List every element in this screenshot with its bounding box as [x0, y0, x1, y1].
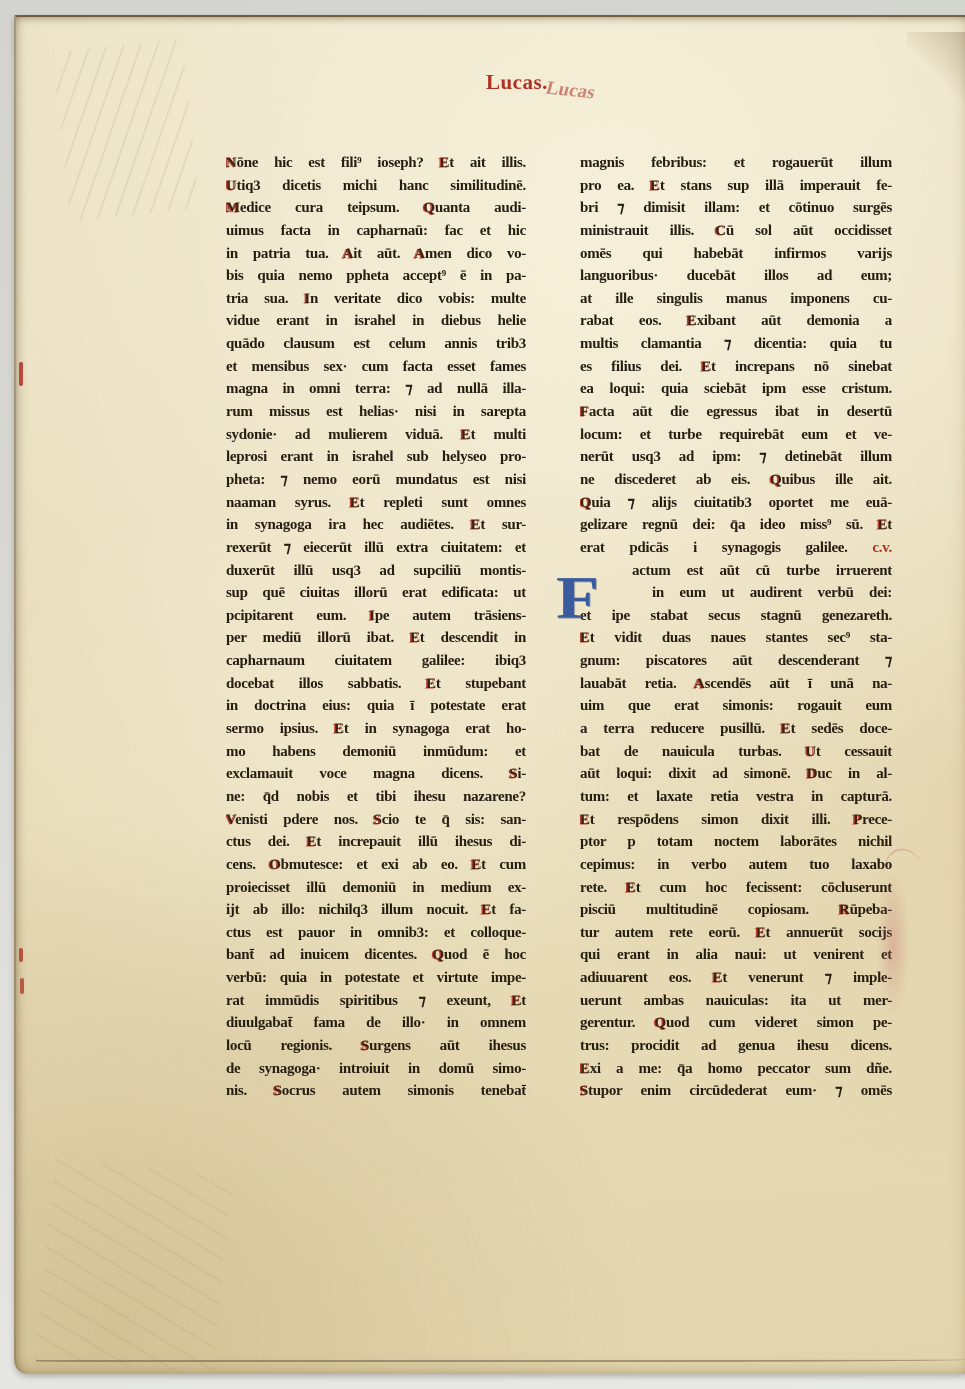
text-line: capharnaum ciuitatem galilee: ibiq3 [226, 650, 526, 673]
text-line: sup quē ciuitas illorū erat edificata: u… [226, 582, 526, 605]
text-line: es filius dei. Et increpans nō sinebat [580, 356, 892, 379]
text-line: de synagoga· introiuit in domū simo- [226, 1058, 526, 1081]
text-line: lauabāt retia. Ascendēs aūt ī unā na- [580, 673, 892, 696]
chapter-marker: c.v. [872, 540, 892, 556]
text-line: gnum: piscatores aūt descenderant ⁊ [580, 650, 892, 673]
text-line: qui erant in alia naui: ut venirent et [580, 944, 892, 967]
text-line: cens. Obmutesce: et exi ab eo. Et cum [226, 854, 526, 877]
text-line: Quia ⁊ alijs ciuitatib3 oportet me euā- [580, 492, 892, 515]
text-line: Et vidit duas naues stantes sec⁹ sta- [580, 627, 892, 650]
text-line: gelizare regnū dei: q̄a ideo miss⁹ sū. E… [580, 514, 892, 537]
scan-backdrop: { "document": { "running_title": "Lucas.… [0, 0, 965, 1389]
page-bottom-edge [36, 1356, 965, 1362]
text-line: rat immūdis spiritibus ⁊ exeunt, Et [226, 990, 526, 1013]
text-line: pcipitarent eum. Ipe autem trāsiens- [226, 605, 526, 628]
text-line: ministrauit illis. Cū sol aūt occidisset [580, 220, 892, 243]
text-line: leprosi erant in israhel sub helyseo pro… [226, 446, 526, 469]
page-corner-shade [907, 32, 965, 102]
text-line: ijt ab illo: nichilq3 illum nocuit. Et f… [226, 899, 526, 922]
text-line: proiecisset illū demoniū in medium ex- [226, 877, 526, 900]
text-line: et ipe stabat secus stagnū genezareth. [580, 605, 892, 628]
text-line: uim que erat simonis: rogauit eum [580, 695, 892, 718]
text-line: rexerūt ⁊ eiecerūt illū extra ciuitatem:… [226, 537, 526, 560]
text-line: trus: procidit ad genua ihesu dicens. [580, 1035, 892, 1058]
vellum-crease-top-left [52, 39, 199, 222]
text-line: tur autem rete eorū. Et annuerūt socijs [580, 922, 892, 945]
text-line: pisciū multitudinē copiosam. Rūpeba- [580, 899, 892, 922]
text-line: Et respōdens simon dixit illi. Prece- [580, 809, 892, 832]
text-line: adiuuarent eos. Et venerunt ⁊ imple- [580, 967, 892, 990]
text-line: magnis febribus: et rogauerūt illum [580, 152, 892, 175]
text-column-right: magnis febribus: et rogauerūt illumpro e… [580, 152, 892, 1103]
text-line: Stupor enim circūdederat eum· ⁊ omēs [580, 1080, 892, 1103]
text-line: actum est aūt cū turbe irruerent [580, 560, 892, 583]
text-line: multis clamantia ⁊ dicentia: quia tu [580, 333, 892, 356]
text-line: uimus facta in capharnaū: fac et hic [226, 220, 526, 243]
text-line: rete. Et cum hoc fecissent: cōcluserunt [580, 877, 892, 900]
text-line: tria sua. In veritate dico vobis: multe [226, 288, 526, 311]
text-column-left: Nōne hic est fili⁹ ioseph? Et ait illis.… [226, 152, 526, 1103]
leaf-edge-red-mark [19, 948, 23, 962]
text-line: a terra reducere pusillū. Et sedēs doce- [580, 718, 892, 741]
text-line: Nōne hic est fili⁹ ioseph? Et ait illis. [226, 152, 526, 175]
text-line: ne discederet ab eis. Quibus ille ait. [580, 469, 892, 492]
text-line: exclamauit voce magna dicens. Si- [226, 763, 526, 786]
text-line: verbū: quia in potestate et virtute impe… [226, 967, 526, 990]
leaf-edge-red-mark [19, 362, 23, 386]
text-line: rabat eos. Exibant aūt demonia a [580, 310, 892, 333]
text-line: uerunt ambas nauiculas: ita ut mer- [580, 990, 892, 1013]
text-line: bat de nauicula turbas. Ut cessauit [580, 741, 892, 764]
text-line: aūt loqui: dixit ad simonē. Duc in al- [580, 763, 892, 786]
chapter-initial-letter: F [556, 562, 599, 634]
text-line: sydonie· ad mulierem viduā. Et multi [226, 424, 526, 447]
vellum-crease-bottom-left [34, 1158, 234, 1376]
text-line: in patria tua. Ait aūt. Amen dico vo- [226, 243, 526, 266]
text-line: pheta: ⁊ nemo eorū mundatus est nisi [226, 469, 526, 492]
text-line: mo habens demoniū inmūdum: et [226, 741, 526, 764]
leaf-edge-red-mark [20, 978, 24, 994]
text-line: gerentur. Quod cum videret simon pe- [580, 1012, 892, 1035]
text-line: nerūt usq3 ad ipm: ⁊ detinebāt illum [580, 446, 892, 469]
text-line: Facta aūt die egressus ibat in desertū [580, 401, 892, 424]
text-line: ptor p totam noctem laborātes nichil [580, 831, 892, 854]
text-line: quādo clausum est celum annis trib3 [226, 333, 526, 356]
text-line: sermo ipsius. Et in synagoga erat ho- [226, 718, 526, 741]
text-line: naaman syrus. Et repleti sunt omnes [226, 492, 526, 515]
text-line: omēs qui habebāt infirmos varijs [580, 243, 892, 266]
text-line: diuulgabat̄ fama de illo· in omnem [226, 1012, 526, 1035]
text-line: ne: q̄d nobis et tibi ihesu nazarene? [226, 786, 526, 809]
text-line: cepimus: in verbo autem tuo laxabo [580, 854, 892, 877]
text-line: bant̄ ad inuicem dicentes. Quod ē hoc [226, 944, 526, 967]
running-title: Lucas. [486, 70, 548, 95]
text-line: Exi a me: q̄a homo peccator sum dñe. [580, 1058, 892, 1081]
text-line: bri ⁊ dimisit illam: et cōtinuo surgēs [580, 197, 892, 220]
text-line: locū regionis. Surgens aūt ihesus [226, 1035, 526, 1058]
text-line: erat pdicās i synagogis galilee. c.v. [580, 537, 892, 560]
text-line: ctus est pauor in omnib3: et colloque- [226, 922, 526, 945]
text-line: Medice cura teipsum. Quanta audi- [226, 197, 526, 220]
text-line: locum: et turbe requirebāt eum et ve- [580, 424, 892, 447]
text-line: in synagoga ira hec audiētes. Et sur- [226, 514, 526, 537]
text-line: nis. Socrus autem simonis tenebat̄ [226, 1080, 526, 1103]
text-line: bis quia nemo ppheta accept⁹ ē in pa- [226, 265, 526, 288]
text-line: duxerūt illū usq3 ad supciliū montis- [226, 560, 526, 583]
text-line: Utiq3 dicetis michi hanc similitudinē. [226, 175, 526, 198]
text-line: ctus dei. Et increpauit illū ihesus di- [226, 831, 526, 854]
text-line: pro ea. Et stans sup illā imperauit fe- [580, 175, 892, 198]
text-line: vidue erant in israhel in diebus helie [226, 310, 526, 333]
text-line: rum missus est helias· nisi in sarepta [226, 401, 526, 424]
text-line: tum: et laxate retia vestra in capturā. [580, 786, 892, 809]
text-line: et mensibus sex· cum facta esset fames [226, 356, 526, 379]
text-line: docebat illos sabbatis. Et stupebant [226, 673, 526, 696]
text-line: in doctrina eius: quia ī potestate erat [226, 695, 526, 718]
text-line: at ille singulis manus imponens cu- [580, 288, 892, 311]
text-line: languoribus· ducebāt illos ad eum; [580, 265, 892, 288]
text-line: per mediū illorū ibat. Et descendit in [226, 627, 526, 650]
text-line: ea loqui: quia sciebāt ipm esse cristum. [580, 378, 892, 401]
text-line: in eum ut audirent verbū dei: [580, 582, 892, 605]
text-line: magna in omni terra: ⁊ ad nullā illa- [226, 378, 526, 401]
text-line: Venisti pdere nos. Scio te q̄ sis: san- [226, 809, 526, 832]
